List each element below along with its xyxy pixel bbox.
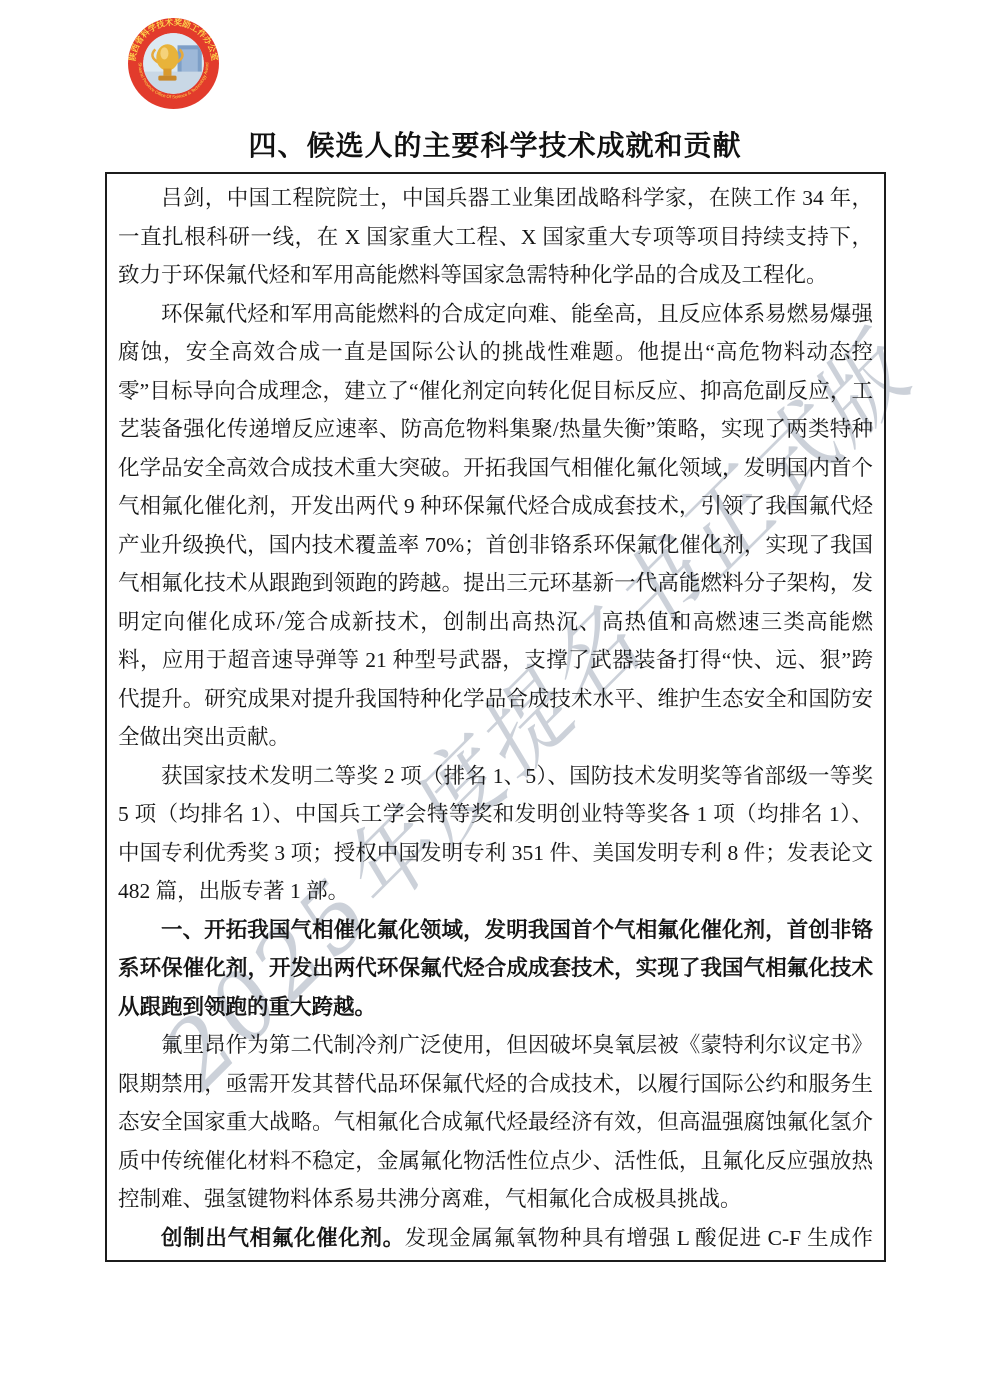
paragraph-freon-background: 氟里昂作为第二代制冷剂广泛使用，但因破坏臭氧层被《蒙特利尔议定书》限期禁用，亟需… [118,1026,873,1219]
section-title: 四、候选人的主要科学技术成就和贡献 [0,124,990,164]
paragraph-intro: 吕剑，中国工程院院士，中国兵器工业集团战略科学家，在陕工作 34 年，一直扎根科… [118,179,873,295]
paragraph-awards: 获国家技术发明二等奖 2 项（排名 1、5）、国防技术发明奖等省部级一等奖 5 … [118,757,873,911]
paragraph-heading-1: 一、开拓我国气相催化氟化领域，发明我国首个气相氟化催化剂，首创非铬系环保催化剂，… [118,911,873,1027]
document-page: 2025年度提名书正式版 陕西省科学技术奖励工作办公室 Shaa [0,0,990,1399]
paragraph-achievements-overview: 环保氟代烃和军用高能燃料的合成定向难、能垒高，且反应体系易燃易爆强腐蚀，安全高效… [118,295,873,757]
office-seal-logo: 陕西省科学技术奖励工作办公室 Shaanxi Province Office O… [127,17,220,110]
content-box: 吕剑，中国工程院院士，中国兵器工业集团战略科学家，在陕工作 34 年，一直扎根科… [105,172,886,1262]
paragraph-catalyst: 创制出气相氟化催化剂。发现金属氟氧物种具有增强 L 酸促进 C-F 生成作用和耐… [118,1219,873,1263]
catalyst-lead-bold: 创制出气相氟化催化剂。 [161,1226,405,1250]
